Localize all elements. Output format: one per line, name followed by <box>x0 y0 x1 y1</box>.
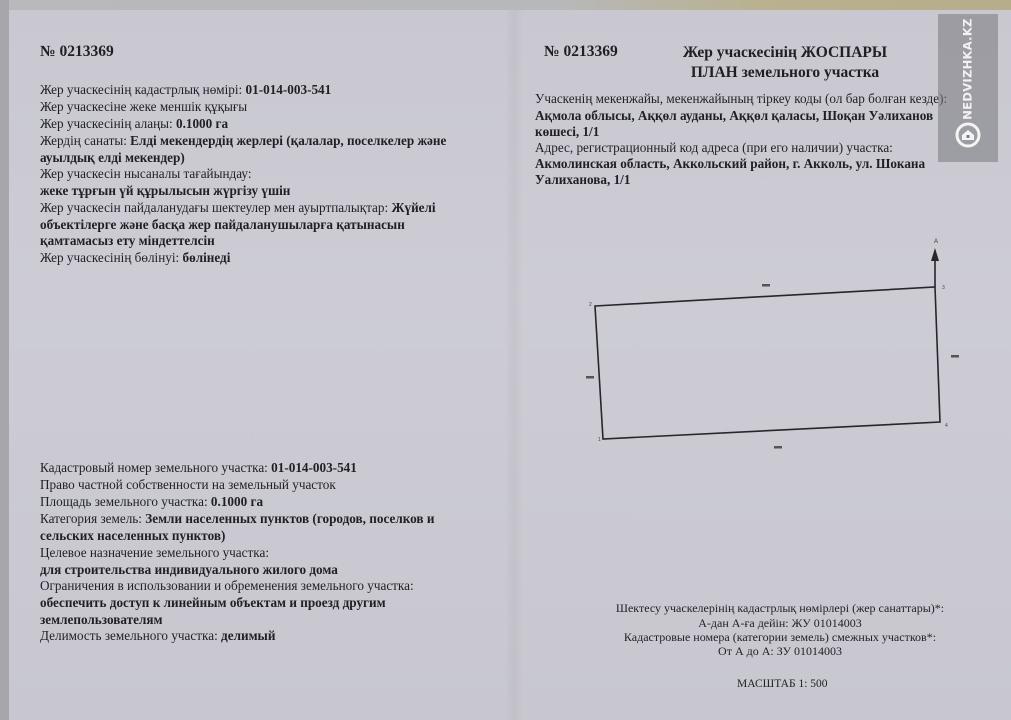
kz-purpose-value: жеке тұрғын үй құрылысын жүргізу үшін <box>40 183 290 200</box>
field-value: бөлінеді <box>183 250 231 265</box>
kz-area: Жер учаскесінің алаңы: 0.1000 га <box>40 116 228 133</box>
field-value: 01-014-003-541 <box>271 460 357 475</box>
kz-divisibility: Жер учаскесінің бөлінуі: бөлінеді <box>40 250 230 267</box>
address-kz-value: Ақмола облысы, Аққөл ауданы, Аққөл қалас… <box>535 108 933 125</box>
plan-title-kz: Жер учаскесінің ЖОСПАРЫ <box>640 45 930 62</box>
watermark-text: NEDVIZHKA.KZ <box>938 14 998 124</box>
field-label: Жер учаскесінің бөлінуі: <box>40 250 183 265</box>
house-icon <box>955 122 981 148</box>
field-value: 0.1000 га <box>211 494 263 509</box>
kz-restrictions-cont: объектілерге және басқа жер пайдаланушыл… <box>40 217 405 234</box>
certificate-number-right: № 0213369 <box>544 44 618 61</box>
field-label: Жердің санаты: <box>40 133 130 148</box>
adjacent-ru-value: От А до А: ЗУ 01014003 <box>560 643 1000 660</box>
field-label: Жер учаскесіне жеке меншік құқығы <box>40 99 247 114</box>
kz-purpose-label: Жер учаскесін нысаналы тағайындау: <box>40 166 252 183</box>
field-label: Площадь земельного участка: <box>40 494 211 509</box>
field-label: Делимость земельного участка: <box>40 628 221 643</box>
certificate-number-left: № 0213369 <box>40 44 114 61</box>
address-kz-label: Учаскенің мекенжайы, мекенжайының тіркеу… <box>535 91 947 108</box>
field-label: Жер учаскесін пайдаланудағы шектеулер ме… <box>40 200 391 215</box>
kz-restrictions-cont2: қамтамасыз ету міндеттелсін <box>40 233 215 250</box>
ru-restrictions-value: обеспечить доступ к линейным объектам и … <box>40 595 386 612</box>
kz-ownership-right: Жер учаскесіне жеке меншік құқығы <box>40 99 247 116</box>
address-ru-value: Акмолинская область, Аккольский район, г… <box>535 156 925 173</box>
ru-land-category-cont: сельских населенных пунктов) <box>40 528 225 545</box>
kz-restrictions: Жер учаскесін пайдаланудағы шектеулер ме… <box>40 200 436 217</box>
kz-land-category-cont: ауылдық елді мекендер) <box>40 150 185 167</box>
ru-divisibility: Делимость земельного участка: делимый <box>40 628 275 645</box>
plan-title-ru: ПЛАН земельного участка <box>640 65 930 82</box>
kz-land-category: Жердің санаты: Елді мекендердің жерлері … <box>40 133 446 150</box>
ru-land-category: Категория земель: Земли населенных пункт… <box>40 511 434 528</box>
ru-ownership-right: Право частной собственности на земельный… <box>40 477 336 494</box>
ru-purpose-value: для строительства индивидуального жилого… <box>40 562 338 579</box>
field-label: Жер учаскесінің алаңы: <box>40 116 176 131</box>
field-value: 0.1000 га <box>176 116 228 131</box>
sheet-edge <box>0 0 9 720</box>
address-ru-value-cont: Уалиханова, 1/1 <box>535 172 630 189</box>
ru-purpose-label: Целевое назначение земельного участка: <box>40 545 269 562</box>
address-ru-label: Адрес, регистрационный код адреса (при е… <box>535 140 893 157</box>
field-value: Земли населенных пунктов (городов, посел… <box>145 511 434 526</box>
ru-restrictions-label: Ограничения в использовании и обременени… <box>40 578 414 595</box>
field-label: Категория земель: <box>40 511 145 526</box>
kz-cadastral-number: Жер учаскесінің кадастрлық нөмірі: 01-01… <box>40 82 331 99</box>
field-label: Жер учаскесінің кадастрлық нөмірі: <box>40 82 246 97</box>
page-fold <box>505 10 523 720</box>
field-value: Жүйелі <box>391 200 435 215</box>
ru-restrictions-cont: землепользователям <box>40 612 163 629</box>
field-value: Елді мекендердің жерлері (қалалар, посел… <box>130 133 446 148</box>
field-label: Кадастровый номер земельного участка: <box>40 460 271 475</box>
address-kz-value-cont: көшесі, 1/1 <box>535 124 599 141</box>
ru-cadastral-number: Кадастровый номер земельного участка: 01… <box>40 460 357 477</box>
field-value: 01-014-003-541 <box>246 82 332 97</box>
ru-area: Площадь земельного участка: 0.1000 га <box>40 494 263 511</box>
scale-label: МАСШТАБ 1: 500 <box>737 676 828 693</box>
field-value: делимый <box>221 628 275 643</box>
